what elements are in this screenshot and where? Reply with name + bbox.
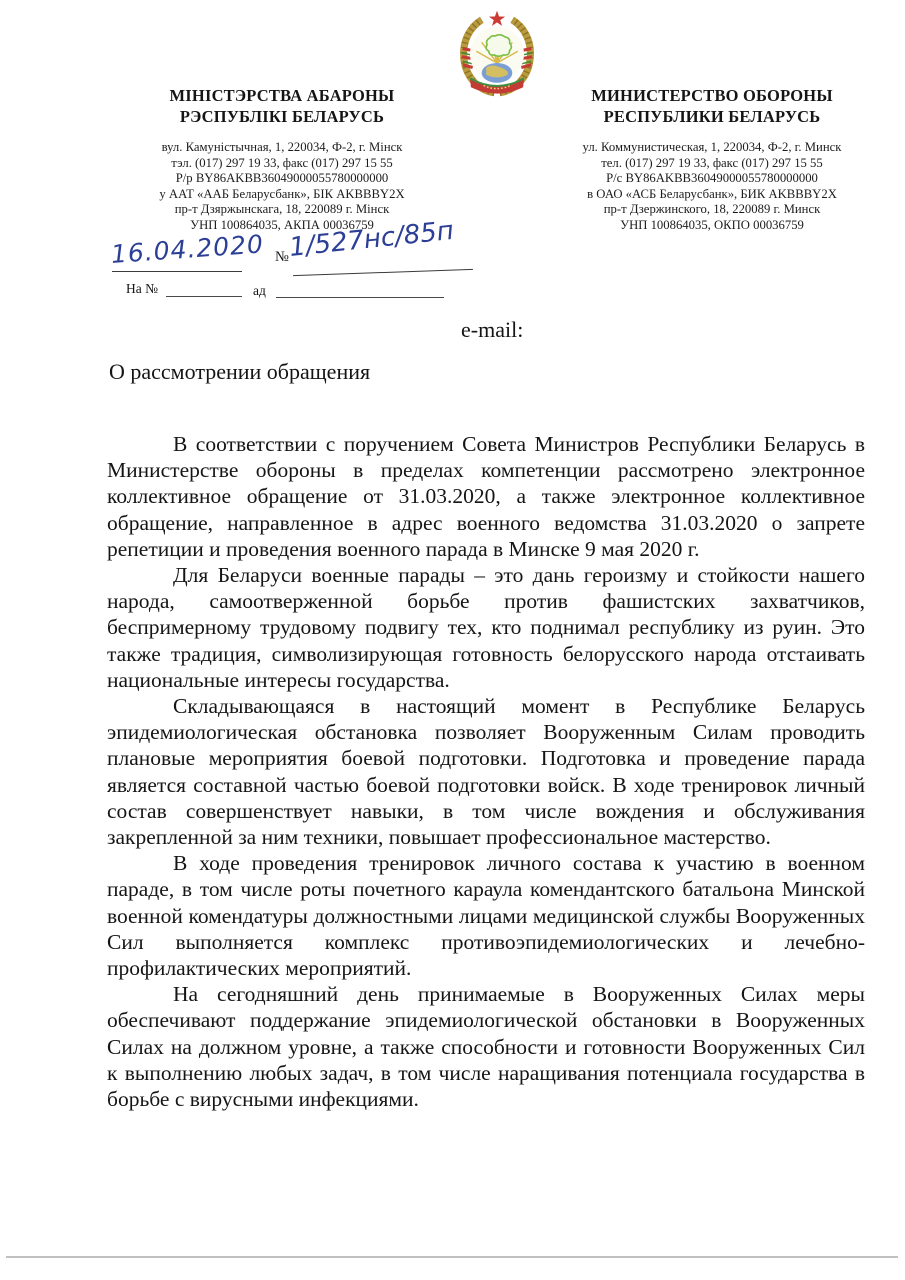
address-line: в ОАО «АСБ Беларусбанк», БИК AKBBBY2X — [562, 187, 862, 203]
ministry-title-ru-line1: МИНИСТЕРСТВО ОБОРОНЫ — [562, 86, 862, 107]
address-line: Р/р BY86AKBB36049000055780000000 — [132, 171, 432, 187]
body-paragraph: Складывающаяся в настоящий момент в Респ… — [107, 693, 865, 850]
ministry-title-be: МІНІСТЭРСТВА АБАРОНЫ РЭСПУБЛІКІ БЕЛАРУСЬ — [132, 86, 432, 127]
address-line: у ААТ «ААБ Беларусбанк», БІК AKBBBY2X — [132, 187, 432, 203]
from-date-underline — [276, 297, 444, 298]
scan-edge-line — [6, 1256, 898, 1258]
ministry-title-ru-line2: РЕСПУБЛИКИ БЕЛАРУСЬ — [562, 107, 862, 128]
address-line: тэл. (017) 297 19 33, факс (017) 297 15 … — [132, 156, 432, 172]
body-paragraph: На сегодняшний день принимаемые в Вооруж… — [107, 981, 865, 1112]
handwritten-date: 16.04.2020 — [110, 229, 265, 269]
scanned-letter-page: МІНІСТЭРСТВА АБАРОНЫ РЭСПУБЛІКІ БЕЛАРУСЬ… — [0, 0, 905, 1280]
address-line: пр-т Дзяржынскага, 18, 220089 г. Мінск — [132, 202, 432, 218]
ministry-title-be-line2: РЭСПУБЛІКІ БЕЛАРУСЬ — [132, 107, 432, 128]
address-line: Р/с BY86AKBB36049000055780000000 — [562, 171, 862, 187]
address-block-ru: ул. Коммунистическая, 1, 220034, Ф-2, г.… — [562, 140, 862, 234]
reply-to-label: На № — [126, 281, 158, 297]
number-underline — [293, 269, 473, 276]
address-line: тел. (017) 297 19 33, факс (017) 297 15 … — [562, 156, 862, 172]
date-underline — [112, 271, 242, 272]
email-label: e-mail: — [461, 317, 523, 343]
coat-of-arms-svg — [452, 9, 542, 99]
body-paragraph: В соответствии с поручением Совета Минис… — [107, 431, 865, 562]
address-block-be: вул. Камуністычная, 1, 220034, Ф-2, г. М… — [132, 140, 432, 234]
letter-body: В соответствии с поручением Совета Минис… — [107, 431, 865, 1112]
ministry-title-ru: МИНИСТЕРСТВО ОБОРОНЫ РЕСПУБЛИКИ БЕЛАРУСЬ — [562, 86, 862, 127]
ministry-title-be-line1: МІНІСТЭРСТВА АБАРОНЫ — [132, 86, 432, 107]
red-star-icon — [489, 11, 505, 26]
letterhead-russian: МИНИСТЕРСТВО ОБОРОНЫ РЕСПУБЛИКИ БЕЛАРУСЬ… — [562, 86, 862, 234]
number-sign: № — [275, 249, 289, 266]
address-line: ул. Коммунистическая, 1, 220034, Ф-2, г.… — [562, 140, 862, 156]
subject-line: О рассмотрении обращения — [109, 359, 370, 385]
body-paragraph: В ходе проведения тренировок личного сос… — [107, 850, 865, 981]
address-line: вул. Камуністычная, 1, 220034, Ф-2, г. М… — [132, 140, 432, 156]
address-line: УНП 100864035, ОКПО 00036759 — [562, 218, 862, 234]
belarus-map-outline — [486, 35, 511, 56]
reply-number-underline — [166, 296, 242, 297]
from-date-label: ад — [253, 283, 266, 299]
letterhead-belarusian: МІНІСТЭРСТВА АБАРОНЫ РЭСПУБЛІКІ БЕЛАРУСЬ… — [132, 86, 432, 234]
coat-of-arms-belarus — [452, 9, 542, 99]
address-line: пр-т Дзержинского, 18, 220089 г. Минск — [562, 202, 862, 218]
body-paragraph: Для Беларуси военные парады – это дань г… — [107, 562, 865, 693]
